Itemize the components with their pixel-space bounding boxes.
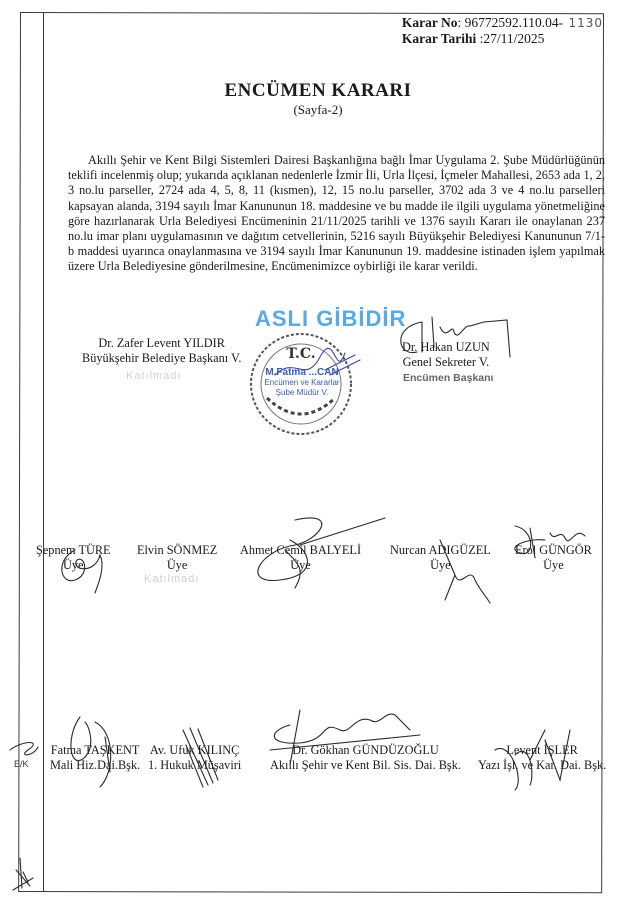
member-signatory: Elvin SÖNMEZ Üye [137,543,217,573]
margin-line [43,12,44,892]
decision-header: Karar No: 96772592.110.04- 1130 Karar Ta… [402,15,603,47]
handwritten-decision-number: 1130 [568,16,603,30]
member-signatory: Nurcan ADIGÜZEL Üye [390,543,491,573]
member-signatory: Erol GÜNGÖR Üye [515,543,592,573]
official-signatory: Levent İŞLER Yazı İşl. ve Kar. Dai. Bşk. [478,743,606,773]
seal-official: M.Fatma ...CAN Encümen ve Kararlar Şube … [262,368,342,398]
decision-body: Akıllı Şehir ve Kent Bilgi Sistemleri Da… [68,153,605,275]
not-attended-stamp: Katılmadı [126,370,181,382]
member-signatory: Ahmet Cemil BALYELİ Üye [240,543,361,573]
member-signatory: Şepnem TÜRE Üye [36,543,111,573]
certified-copy-stamp: ASLI GİBİDİR [255,306,406,332]
official-signatory: Dr. Gökhan GÜNDÜZOĞLU Akıllı Şehir ve Ke… [270,743,461,773]
official-signatory: Av. Ufuk KILINÇ 1. Hukuk Müşaviri [148,743,241,773]
page-indicator: (Sayfa-2) [0,102,636,118]
official-signatory: Fatma TAŞKENT Mali Hiz.Dai.Bşk. [50,743,140,773]
svg-text:T.C.: T.C. [286,346,315,362]
signatory-chair: Dr. Zafer Levent YILDIR Büyükşehir Beled… [82,336,241,366]
decision-date: Karar Tarihi :27/11/2025 [402,31,603,47]
council-chair-stamp: Encümen Başkanı [403,372,493,384]
attachment-mark: E/K [14,759,29,769]
signatory-secretary: Dr. Hakan UZUN Genel Sekreter V. [402,340,490,370]
decision-number: Karar No: 96772592.110.04- 1130 [402,15,603,31]
document-title: ENCÜMEN KARARI [0,80,636,102]
not-attended-stamp: Katılmadı [144,573,199,585]
